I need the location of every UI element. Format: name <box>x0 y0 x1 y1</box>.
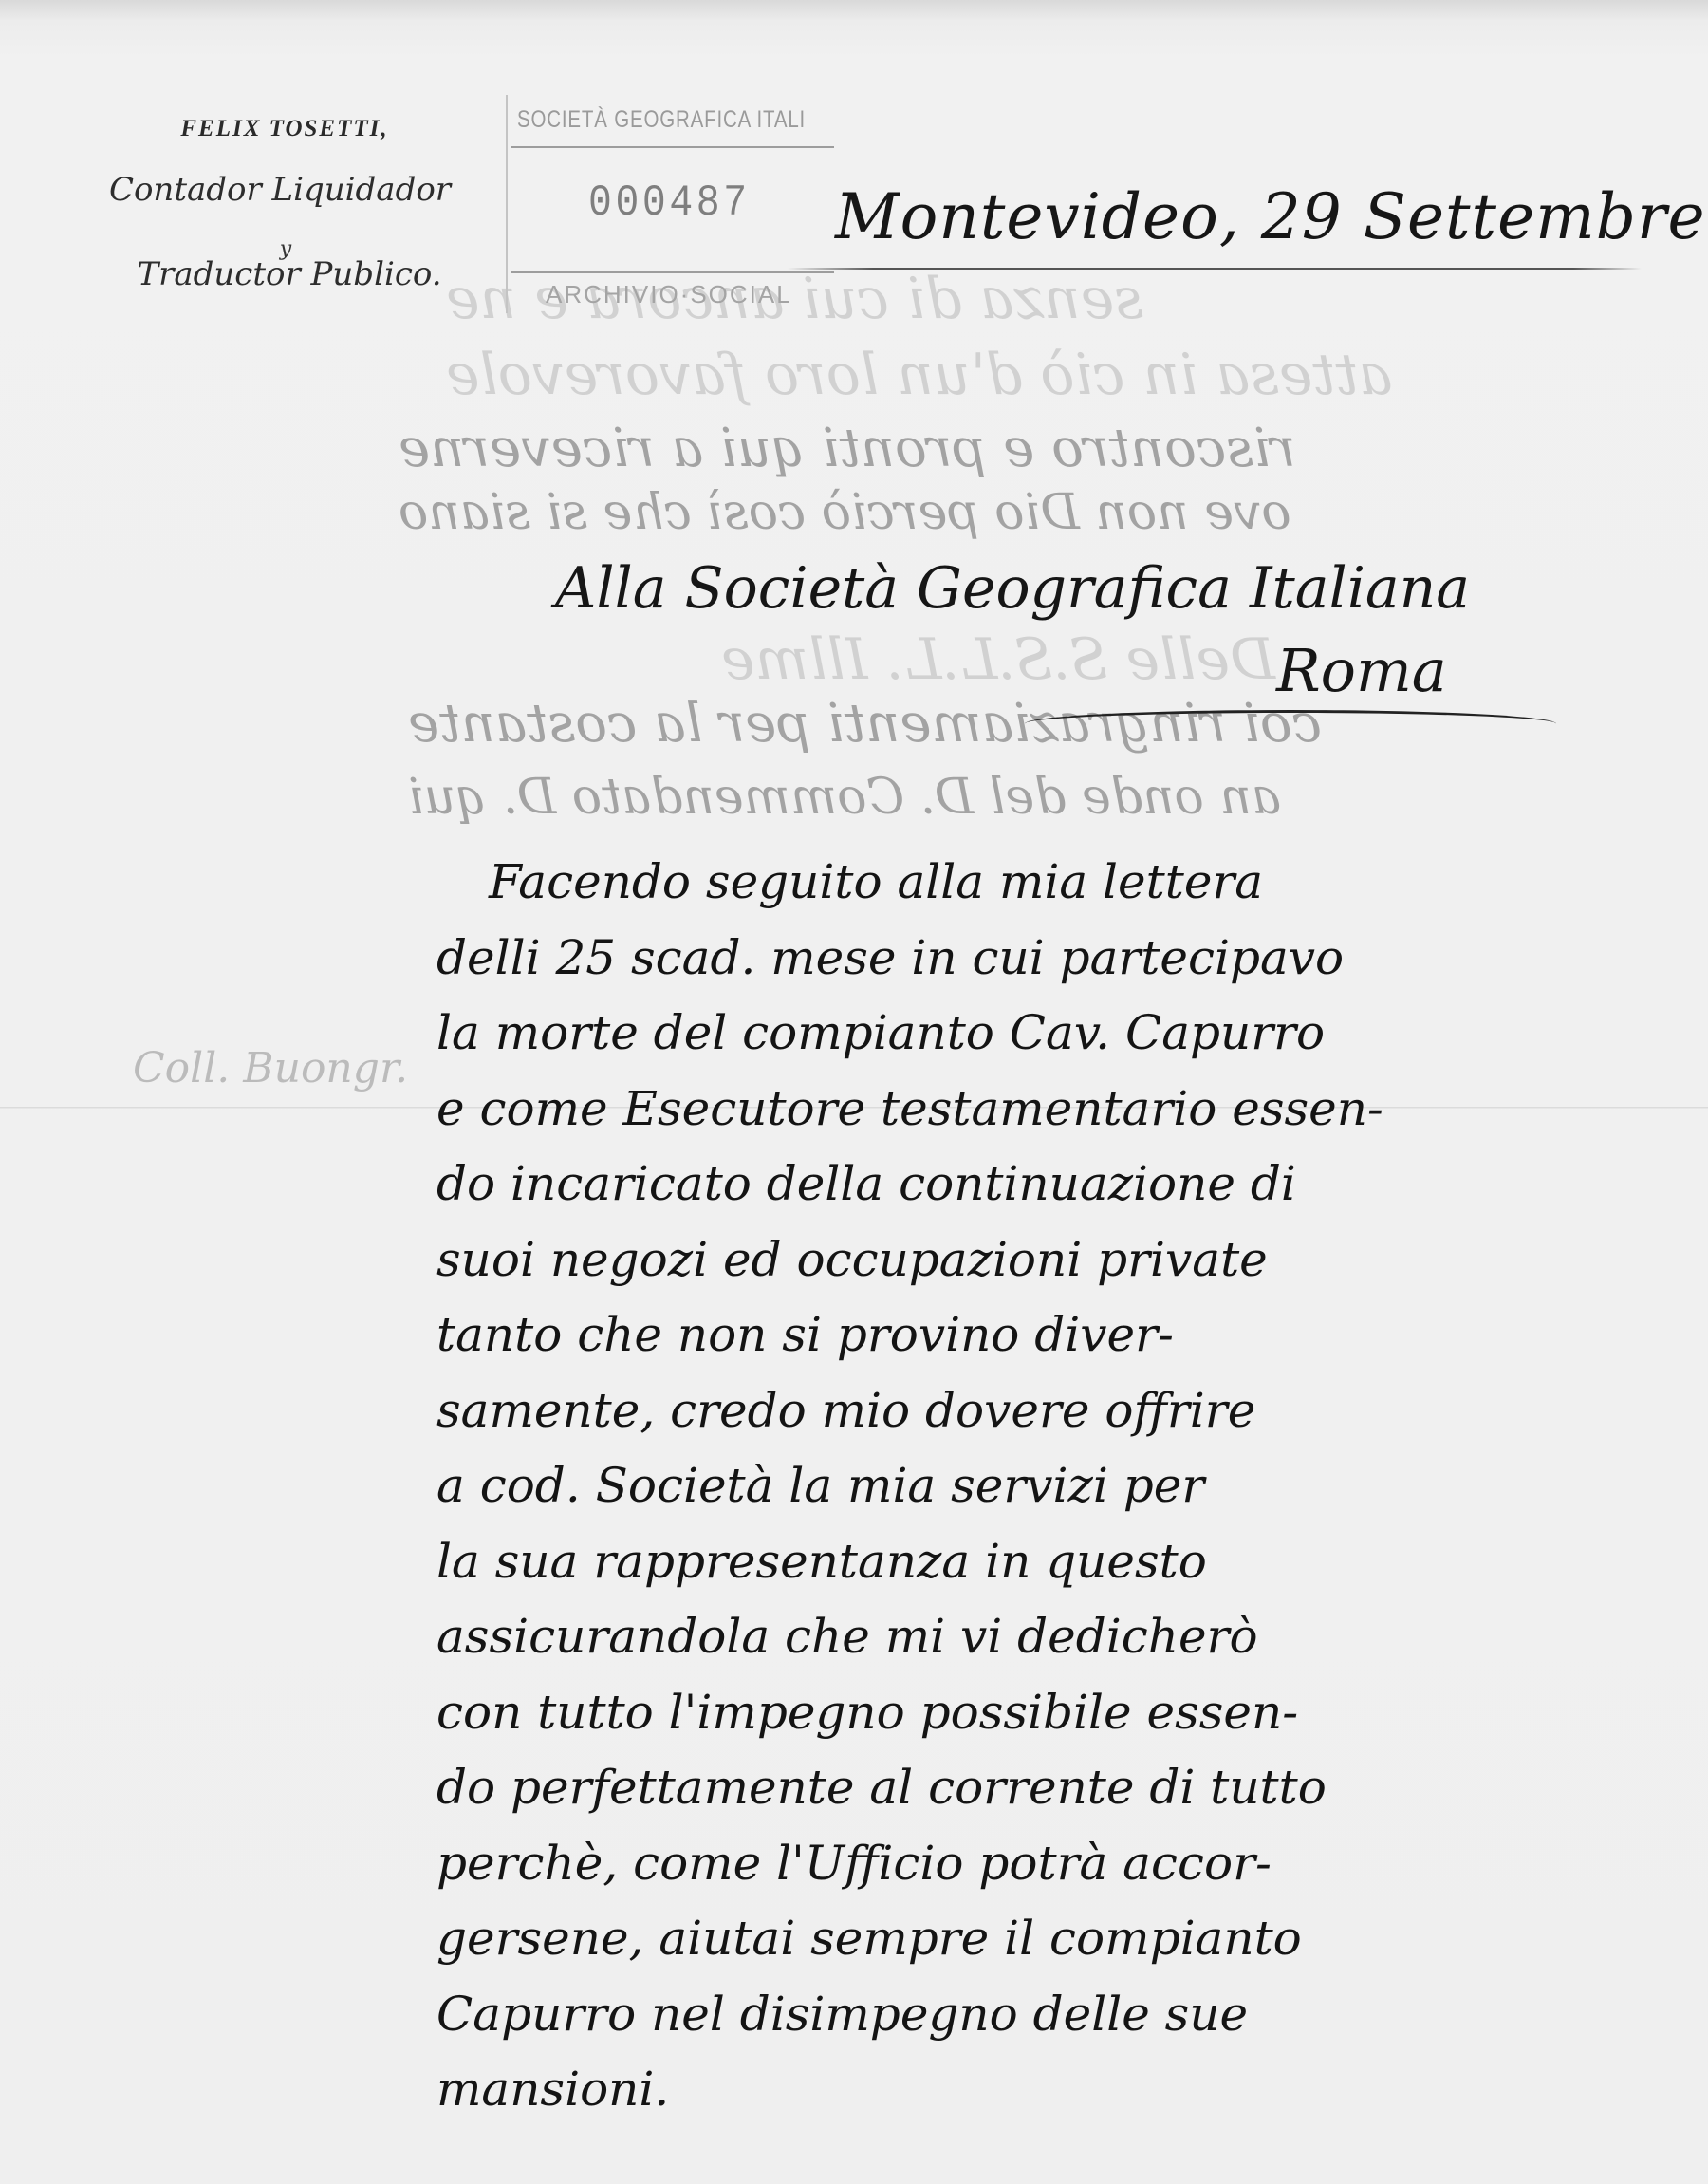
letter-page: senza di cui ancora e ne attesa in ciò d… <box>0 0 1708 2184</box>
stamp-divider <box>511 271 834 273</box>
dateline-rule <box>788 268 1642 270</box>
dateline: Montevideo, 29 Settembre 1880 <box>835 180 1708 253</box>
addressee-flourish <box>1025 710 1556 737</box>
stamp-society-name: SOCIETÀ GEOGRAFICA ITALI <box>517 106 774 134</box>
bleed-through-line: Delle S.S.L.L. Illme <box>721 626 1275 693</box>
letterhead-title: Contador Liquidador <box>81 174 479 206</box>
bleed-through-line: attesa in ciò d'un loro favorevole <box>446 342 1392 408</box>
letterhead-title-2: Traductor Publico. <box>109 258 470 290</box>
body-line: la sua rappresentanza in questo <box>436 1524 1689 1600</box>
body-line: tanto che non si provino diver- <box>436 1297 1689 1373</box>
stamp-archive-label: ARCHIVIO·SOCIAL <box>546 280 830 309</box>
letter-body: Facendo seguito alla mia lettera delli 2… <box>436 845 1689 2128</box>
addressee: Alla Società Geografica Italiana <box>555 555 1470 622</box>
bleed-through-line: riscontro e pronti qui a riceverne <box>399 418 1296 479</box>
body-line: do perfettamente al corrente di tutto <box>436 1750 1689 1826</box>
body-line: e come Esecutore testamentario essen- <box>436 1072 1689 1148</box>
body-line: delli 25 scad. mese in cui partecipavo <box>436 921 1689 997</box>
body-line: perchè, come l'Ufficio potrà accor- <box>436 1826 1689 1902</box>
body-line: suoi negozi ed occupazioni private <box>436 1223 1689 1298</box>
body-line: do incaricato della continuazione di <box>436 1147 1689 1223</box>
addressee-city: Roma <box>1276 636 1447 705</box>
archive-stamp: SOCIETÀ GEOGRAFICA ITALI 000487 ARCHIVIO… <box>506 95 835 313</box>
body-line: assicurandola che mi vi dedicherò <box>436 1599 1689 1675</box>
body-line: con tutto l'impegno possibile essen- <box>436 1675 1689 1751</box>
bleed-through-line: ove non Dio perciò così che si siano <box>399 484 1291 541</box>
body-line: la morte del compianto Cav. Capurro <box>436 996 1689 1072</box>
body-line: gersene, aiutai sempre il compianto <box>436 1901 1689 1977</box>
stamp-archive-number: 000487 <box>588 178 751 228</box>
body-line: Facendo seguito alla mia lettera <box>436 845 1689 921</box>
stamp-divider <box>511 146 834 148</box>
body-line: samente, credo mio dovere offrire <box>436 1373 1689 1449</box>
margin-note: Coll. Buongr. <box>133 1044 408 1092</box>
body-line: a cod. Società la mia servizi per <box>436 1448 1689 1524</box>
bleed-through-line: an onde del D. Commendato D. qui <box>408 769 1281 826</box>
letterhead-name: FELIX TOSETTI, <box>161 116 408 142</box>
body-line: mansioni. <box>436 2052 1689 2128</box>
body-line: Capurro nel disimpegno delle sue <box>436 1977 1689 2053</box>
